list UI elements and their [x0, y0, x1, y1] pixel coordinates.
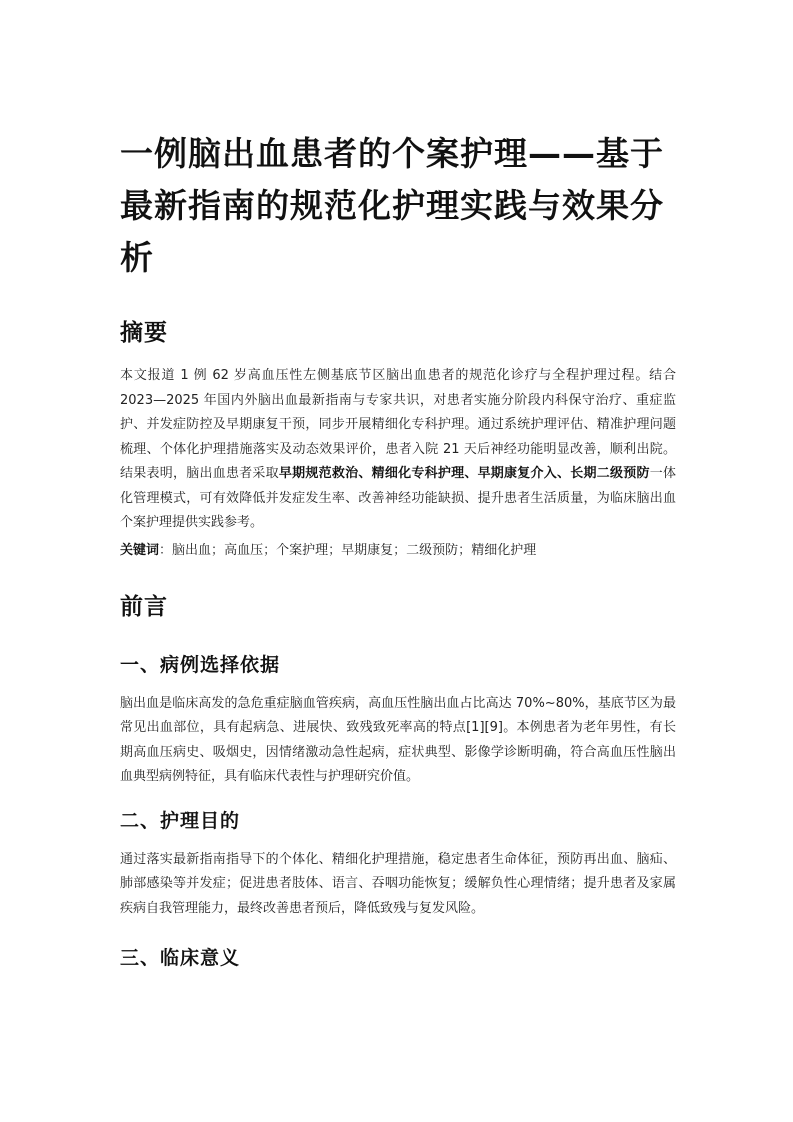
keyword-item: 二级预防: [406, 543, 458, 558]
abstract-text-emphasis: 早期规范救治、精细化专科护理、早期康复介入、长期二级预防: [279, 466, 650, 481]
keyword-item: 高血压: [224, 543, 263, 558]
section-heading-clinical-significance: 三、临床意义: [120, 945, 676, 971]
document-title: 一例脑出血患者的个案护理——基于最新指南的规范化护理实践与效果分析: [120, 128, 676, 284]
abstract-text-part1: 本文报道 1 例 62 岁高血压性左侧基底节区脑出血患者的规范化诊疗与全程护理过…: [120, 368, 676, 481]
section-text-nursing-purpose: 通过落实最新指南指导下的个体化、精细化护理措施，稳定患者生命体征，预防再出血、脑…: [120, 848, 676, 922]
document-page: 一例脑出血患者的个案护理——基于最新指南的规范化护理实践与效果分析 摘要 本文报…: [120, 128, 676, 971]
abstract-heading: 摘要: [120, 318, 676, 348]
abstract-text: 本文报道 1 例 62 岁高血压性左侧基底节区脑出血患者的规范化诊疗与全程护理过…: [120, 364, 676, 536]
keyword-joiner: ；: [328, 543, 341, 558]
keyword-item: 早期康复: [341, 543, 393, 558]
keyword-item: 个案护理: [276, 543, 328, 558]
keyword-joiner: ；: [393, 543, 406, 558]
keyword-joiner: ；: [263, 543, 276, 558]
section-heading-nursing-purpose: 二、护理目的: [120, 808, 676, 834]
preface-heading: 前言: [120, 592, 676, 622]
section-heading-case-selection: 一、病例选择依据: [120, 652, 676, 678]
keyword-joiner: ；: [211, 543, 224, 558]
keywords-line: 关键词：脑出血；高血压；个案护理；早期康复；二级预防；精细化护理: [120, 540, 676, 562]
section-text-case-selection: 脑出血是临床高发的急危重症脑血管疾病，高血压性脑出血占比高达 70%~80%，基…: [120, 692, 676, 790]
keywords-label: 关键词: [120, 543, 159, 558]
keyword-joiner: ；: [458, 543, 471, 558]
keywords-separator: ：: [159, 543, 172, 558]
keyword-item: 精细化护理: [471, 543, 536, 558]
keyword-item: 脑出血: [172, 543, 211, 558]
